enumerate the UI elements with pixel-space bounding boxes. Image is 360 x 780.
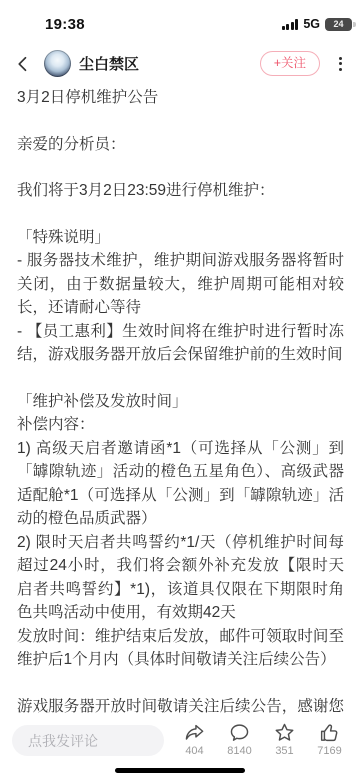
- post-paragraph: 游戏服务器开放时间敬请关注后续公告，感谢您的: [17, 695, 344, 719]
- back-button[interactable]: [12, 53, 34, 75]
- channel-name[interactable]: 尘白禁区: [79, 53, 260, 74]
- thumbs-up-icon: [318, 721, 341, 744]
- post-paragraph: 我们将于3月2日23:59进行停机维护：: [17, 179, 344, 203]
- post-body: 3月2日停机维护公告 亲爱的分析员： 我们将于3月2日23:59进行停机维护： …: [0, 85, 360, 718]
- star-icon: [273, 721, 296, 744]
- post-paragraph: 亲爱的分析员：: [17, 133, 344, 157]
- more-button[interactable]: [332, 53, 348, 75]
- nav-bar: 尘白禁区 +关注: [0, 42, 360, 85]
- share-count: 404: [185, 745, 203, 757]
- comment-button[interactable]: 8140: [217, 721, 262, 757]
- chevron-left-icon: [13, 54, 33, 74]
- home-indicator[interactable]: [115, 768, 245, 773]
- favorite-count: 351: [275, 745, 293, 757]
- status-icons: 5G 24: [282, 17, 352, 31]
- action-bar: 404 8140 351 7169: [172, 721, 352, 757]
- avatar[interactable]: [44, 50, 71, 77]
- post-paragraph: 「维护补偿及发放时间」 补偿内容： 1) 高级天启者邀请函*1（可选择从「公测」…: [17, 390, 344, 672]
- follow-button[interactable]: +关注: [260, 51, 320, 76]
- share-icon: [183, 721, 206, 744]
- network-label: 5G: [303, 17, 320, 31]
- battery-icon: 24: [325, 18, 352, 31]
- comment-input[interactable]: [12, 725, 164, 756]
- comment-icon: [228, 721, 251, 744]
- like-count: 7169: [317, 745, 341, 757]
- share-button[interactable]: 404: [172, 721, 217, 757]
- like-button[interactable]: 7169: [307, 721, 352, 757]
- post-paragraph: 「特殊说明」 - 服务器技术维护，维护期间游戏服务器将暂时关闭，由于数据量较大，…: [17, 226, 344, 367]
- favorite-button[interactable]: 351: [262, 721, 307, 757]
- signal-icon: [282, 19, 299, 30]
- post-title: 3月2日停机维护公告: [17, 86, 344, 110]
- screen: 19:38 5G 24 尘白禁区 +关注 3月2日停机维护公告 亲爱的分析员： …: [0, 0, 360, 780]
- status-time: 19:38: [45, 16, 85, 33]
- status-bar: 19:38 5G 24: [0, 0, 360, 42]
- comment-count: 8140: [227, 745, 251, 757]
- battery-percent: 24: [333, 19, 343, 29]
